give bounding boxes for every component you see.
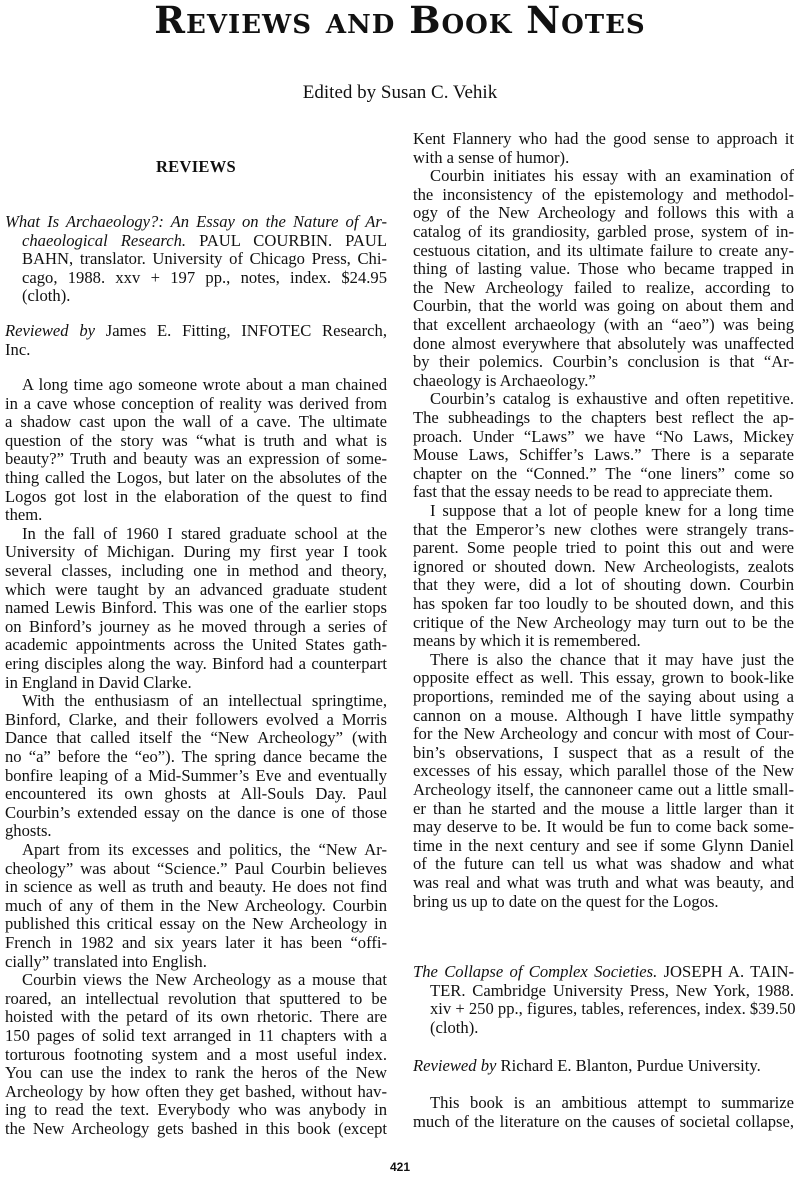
body-line: much of the literature on the causes of … (413, 1113, 794, 1132)
body-line: chapter on the “Conned.” The “one liners… (413, 465, 794, 484)
body-line: ogy of the New Archeology and follows th… (413, 204, 794, 223)
body-line: in science as well as truth and beauty. … (5, 878, 387, 897)
body-line: This book is an ambitious attempt to sum… (413, 1094, 794, 1113)
body-line: named Lewis Binford. This was one of the… (5, 599, 387, 618)
body-line: hoisted with the petard of its own rheto… (5, 1008, 387, 1027)
body-line: Courbin, that the world was going on abo… (413, 297, 794, 316)
body-line: Courbin initiates his essay with an exam… (413, 167, 794, 186)
body-line: them. (5, 506, 387, 525)
citation-line: (cloth). (5, 287, 387, 306)
body-line: thing called the Logos, but later on the… (5, 469, 387, 488)
body-line: bonfire leaping of a Mid-Summer’s Eve an… (5, 767, 387, 786)
body-line: Apart from its excesses and politics, th… (5, 841, 387, 860)
body-line: that they were, did a lot of shouting do… (413, 576, 794, 595)
citation-line: BAHN, translator. University of Chicago … (5, 250, 387, 269)
body-line: published this critical essay on the New… (5, 915, 387, 934)
citation-line: chaeological Research. PAUL COURBIN. PAU… (5, 232, 387, 251)
body-line: no “a” before the “eo”). The spring danc… (5, 748, 387, 767)
citation-line: TER. Cambridge University Press, New Yor… (413, 982, 794, 1001)
body-line: question of the story was “what is truth… (5, 432, 387, 451)
body-line: opposite effect as well. This essay, gro… (413, 669, 794, 688)
body-line: critique of the New Archeology may turn … (413, 614, 794, 633)
body-line: fast that the essay needs to be read to … (413, 483, 794, 502)
body-line: in England in David Clarke. (5, 674, 387, 693)
body-line: thing of lasting value. Those who became… (413, 260, 794, 279)
body-line: ering disciples along the way. Binford h… (5, 655, 387, 674)
citation-line: xiv + 250 pp., figures, tables, referenc… (413, 1000, 794, 1019)
body-line: With the enthusiasm of an intellectual s… (5, 692, 387, 711)
body-line: cannon on a mouse. Although I have littl… (413, 707, 794, 726)
reviewer-line: Inc. (5, 341, 387, 360)
body-line: in a cave whose conception of reality wa… (5, 395, 387, 414)
body-line: which were taught by an advanced graduat… (5, 581, 387, 600)
body-line: Mouse Laws, Schiffer’s Laws.” There is a… (413, 446, 794, 465)
reviewer-line: Reviewed by James E. Fitting, INFOTEC Re… (5, 322, 387, 341)
body-line: bin’s observations, I suspect that as a … (413, 744, 794, 763)
body-line: Logos got lost in the elaboration of the… (5, 488, 387, 507)
body-line: proportions, reminded me of the saying a… (413, 688, 794, 707)
body-line: University of Michigan. During my first … (5, 543, 387, 562)
body-line: I suppose that a lot of people knew for … (413, 502, 794, 521)
body-line: Courbin views the New Archeology as a mo… (5, 971, 387, 990)
citation-line: The Collapse of Complex Societies. JOSEP… (413, 963, 794, 982)
body-line: catalog of its grandiosity, garbled pros… (413, 223, 794, 242)
body-line: You can use the index to rank the heros … (5, 1064, 387, 1083)
citation-line: What Is Archaeology?: An Essay on the Na… (5, 213, 387, 232)
body-line: ghosts. (5, 822, 387, 841)
reviews-heading: REVIEWS (5, 158, 387, 176)
body-line: the New Archeology failed to realize, ac… (413, 279, 794, 298)
body-line: proach. Under “Laws” we have “No Laws, M… (413, 428, 794, 447)
body-line: several classes, including one in method… (5, 562, 387, 581)
body-line: means by which it is remembered. (413, 632, 794, 651)
body-line: for the New Archeology and concur with m… (413, 725, 794, 744)
citation-line: cago, 1988. xxv + 197 pp., notes, index.… (5, 269, 387, 288)
body-line: the New Archeology gets bashed in this b… (5, 1120, 387, 1139)
body-line: that excellent archaeology (with an “aeo… (413, 316, 794, 335)
review2-reviewer: Reviewed by Richard E. Blanton, Purdue U… (413, 1057, 794, 1076)
body-line: In the fall of 1960 I stared graduate sc… (5, 525, 387, 544)
body-line: Dance that called itself the “New Archeo… (5, 729, 387, 748)
citation-line: (cloth). (413, 1019, 794, 1038)
body-line: has spoken far too loudly to be shouted … (413, 595, 794, 614)
body-line: that the Emperor’s new clothes were stra… (413, 521, 794, 540)
body-line: of the future can tell us what was shado… (413, 855, 794, 874)
body-line: done almost everywhere that absolutely w… (413, 335, 794, 354)
editor-credit: Edited by Susan C. Vehik (0, 82, 800, 104)
body-line: There is also the chance that it may hav… (413, 651, 794, 670)
body-line: bring us up to date on the quest for the… (413, 893, 794, 912)
body-line: French in 1982 and six years later it ha… (5, 934, 387, 953)
body-line: time in the next century and see if some… (413, 837, 794, 856)
body-line: parent. Some people tried to point this … (413, 539, 794, 558)
body-line: the inconsistency of the epistemology an… (413, 186, 794, 205)
body-line: by their polemics. Courbin’s conclusion … (413, 353, 794, 372)
body-line: 150 pages of solid text arranged in 11 c… (5, 1027, 387, 1046)
body-line: academic appointments across the United … (5, 636, 387, 655)
section-title: Reviews and Book Notes (0, 0, 800, 40)
body-line: Binford, Clarke, and their followers evo… (5, 711, 387, 730)
body-line: excesses of his essay, which parallel th… (413, 762, 794, 781)
body-line: Kent Flannery who had the good sense to … (413, 130, 794, 149)
body-line: Archeology by how often they get bashed,… (5, 1083, 387, 1102)
body-line: Archeology itself, the cannoneer came ou… (413, 781, 794, 800)
body-line: torturous footnoting system and a most u… (5, 1046, 387, 1065)
body-line: cestuous citation, and its ultimate fail… (413, 242, 794, 261)
body-line: with a sense of humor). (413, 149, 794, 168)
body-line: Courbin’s catalog is exhaustive and ofte… (413, 390, 794, 409)
body-line: cially” translated into English. (5, 953, 387, 972)
body-line: much of any of them in the New Archeolog… (5, 897, 387, 916)
body-line: ignored or shouted down. New Archeologis… (413, 558, 794, 577)
body-line: roared, an intellectual revolution that … (5, 990, 387, 1009)
body-line: A long time ago someone wrote about a ma… (5, 376, 387, 395)
body-line: was real and what was truth and what was… (413, 874, 794, 893)
page-number: 421 (0, 1160, 800, 1174)
body-line: encountered its own ghosts at All-Souls … (5, 785, 387, 804)
body-line: on Binford’s journey as he moved through… (5, 618, 387, 637)
body-line: may deserve to be. It would be fun to co… (413, 818, 794, 837)
body-line: The subheadings to the chapters best ref… (413, 409, 794, 428)
body-line: a shadow cast upon the wall of a cave. T… (5, 413, 387, 432)
body-line: ing to read the text. Everybody who was … (5, 1101, 387, 1120)
body-line: chaeology is Archaeology.” (413, 372, 794, 391)
body-line: Courbin’s extended essay on the dance is… (5, 804, 387, 823)
body-line: er than he started and the mouse a littl… (413, 800, 794, 819)
body-line: cheology” was about “Science.” Paul Cour… (5, 860, 387, 879)
body-line: beauty?” Truth and beauty was an express… (5, 450, 387, 469)
